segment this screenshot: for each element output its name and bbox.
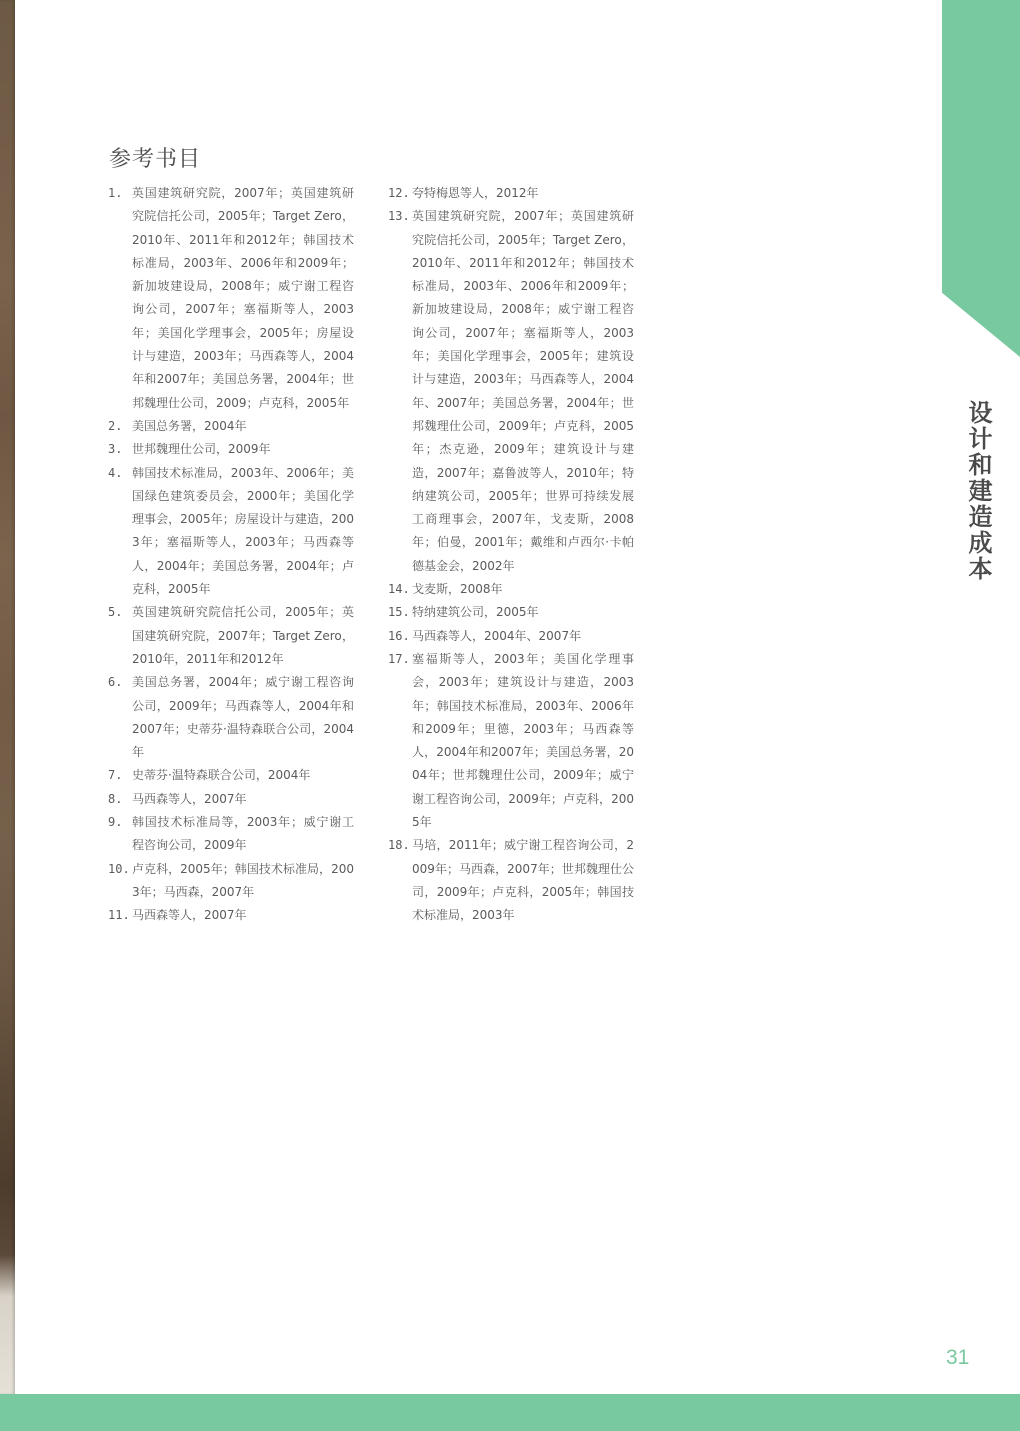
reference-number: 12. (388, 182, 412, 205)
reference-number: 4. (108, 462, 132, 485)
reference-text: 塞福斯等人，2003年；美国化学理事会，2003年；建筑设计与建造，2003年；… (412, 648, 634, 834)
footer-bar-decoration (0, 1394, 1020, 1431)
reference-text: 戈麦斯，2008年 (412, 578, 634, 601)
bibliography-column-1: 1.英国建筑研究院，2007年；英国建筑研究院信托公司，2005年；Target… (108, 182, 354, 928)
bibliography-heading: 参考书目 (109, 142, 201, 173)
reference-text: 夸特梅恩等人，2012年 (412, 182, 634, 205)
reference-number: 10. (108, 858, 132, 881)
reference-number: 13. (388, 205, 412, 228)
reference-number: 8. (108, 788, 132, 811)
reference-number: 6. (108, 671, 132, 694)
reference-item: 12.夸特梅恩等人，2012年 (388, 182, 634, 205)
reference-text: 马西森等人，2007年 (132, 904, 354, 927)
reference-number: 18. (388, 834, 412, 857)
reference-text: 英国建筑研究院，2007年；英国建筑研究院信托公司，2005年；Target Z… (132, 182, 354, 415)
reference-text: 史蒂芬·温特森联合公司，2004年 (132, 764, 354, 787)
reference-number: 1. (108, 182, 132, 205)
reference-text: 美国总务署，2004年；威宁谢工程咨询公司，2009年；马西森等人，2004年和… (132, 671, 354, 764)
reference-number: 9. (108, 811, 132, 834)
reference-text: 马培，2011年；威宁谢工程咨询公司，2009年；马西森，2007年；世邦魏理仕… (412, 834, 634, 927)
reference-item: 14.戈麦斯，2008年 (388, 578, 634, 601)
reference-item: 4.韩国技术标准局，2003年、2006年；美国绿色建筑委员会，2000年；美国… (108, 462, 354, 602)
reference-item: 18.马培，2011年；威宁谢工程咨询公司，2009年；马西森，2007年；世邦… (388, 834, 634, 927)
reference-item: 10.卢克科，2005年；韩国技术标准局，2003年；马西森，2007年 (108, 858, 354, 905)
reference-text: 卢克科，2005年；韩国技术标准局，2003年；马西森，2007年 (132, 858, 354, 905)
reference-text: 英国建筑研究院，2007年；英国建筑研究院信托公司，2005年；Target Z… (412, 205, 634, 578)
reference-item: 5.英国建筑研究院信托公司，2005年；英国建筑研究院，2007年；Target… (108, 601, 354, 671)
reference-text: 韩国技术标准局，2003年、2006年；美国绿色建筑委员会，2000年；美国化学… (132, 462, 354, 602)
reference-text: 韩国技术标准局等，2003年；威宁谢工程咨询公司，2009年 (132, 811, 354, 858)
reference-item: 16.马西森等人，2004年、2007年 (388, 625, 634, 648)
reference-text: 英国建筑研究院信托公司，2005年；英国建筑研究院，2007年；Target Z… (132, 601, 354, 671)
cover-photo-edge (0, 0, 15, 1394)
reference-number: 7. (108, 764, 132, 787)
reference-item: 8.马西森等人，2007年 (108, 788, 354, 811)
reference-item: 3.世邦魏理仕公司，2009年 (108, 438, 354, 461)
bibliography-column-2: 12.夸特梅恩等人，2012年 13.英国建筑研究院，2007年；英国建筑研究院… (388, 182, 634, 928)
reference-number: 2. (108, 415, 132, 438)
page-number: 31 (946, 1346, 969, 1370)
reference-item: 6.美国总务署，2004年；威宁谢工程咨询公司，2009年；马西森等人，2004… (108, 671, 354, 764)
reference-item: 11.马西森等人，2007年 (108, 904, 354, 927)
reference-number: 15. (388, 601, 412, 624)
reference-item: 2.美国总务署，2004年 (108, 415, 354, 438)
reference-item: 1.英国建筑研究院，2007年；英国建筑研究院信托公司，2005年；Target… (108, 182, 354, 415)
reference-item: 7.史蒂芬·温特森联合公司，2004年 (108, 764, 354, 787)
reference-number: 5. (108, 601, 132, 624)
reference-number: 17. (388, 648, 412, 671)
reference-text: 特纳建筑公司，2005年 (412, 601, 634, 624)
reference-number: 16. (388, 625, 412, 648)
reference-item: 13.英国建筑研究院，2007年；英国建筑研究院信托公司，2005年；Targe… (388, 205, 634, 578)
reference-text: 世邦魏理仕公司，2009年 (132, 438, 354, 461)
reference-text: 马西森等人，2004年、2007年 (412, 625, 634, 648)
reference-number: 14. (388, 578, 412, 601)
reference-item: 9.韩国技术标准局等，2003年；威宁谢工程咨询公司，2009年 (108, 811, 354, 858)
reference-text: 美国总务署，2004年 (132, 415, 354, 438)
chapter-tab-decoration (942, 0, 1020, 357)
reference-number: 11. (108, 904, 132, 927)
reference-item: 17.塞福斯等人，2003年；美国化学理事会，2003年；建筑设计与建造，200… (388, 648, 634, 834)
reference-number: 3. (108, 438, 132, 461)
chapter-title-vertical: 设计和建造成本 (956, 400, 996, 582)
reference-text: 马西森等人，2007年 (132, 788, 354, 811)
reference-item: 15.特纳建筑公司，2005年 (388, 601, 634, 624)
